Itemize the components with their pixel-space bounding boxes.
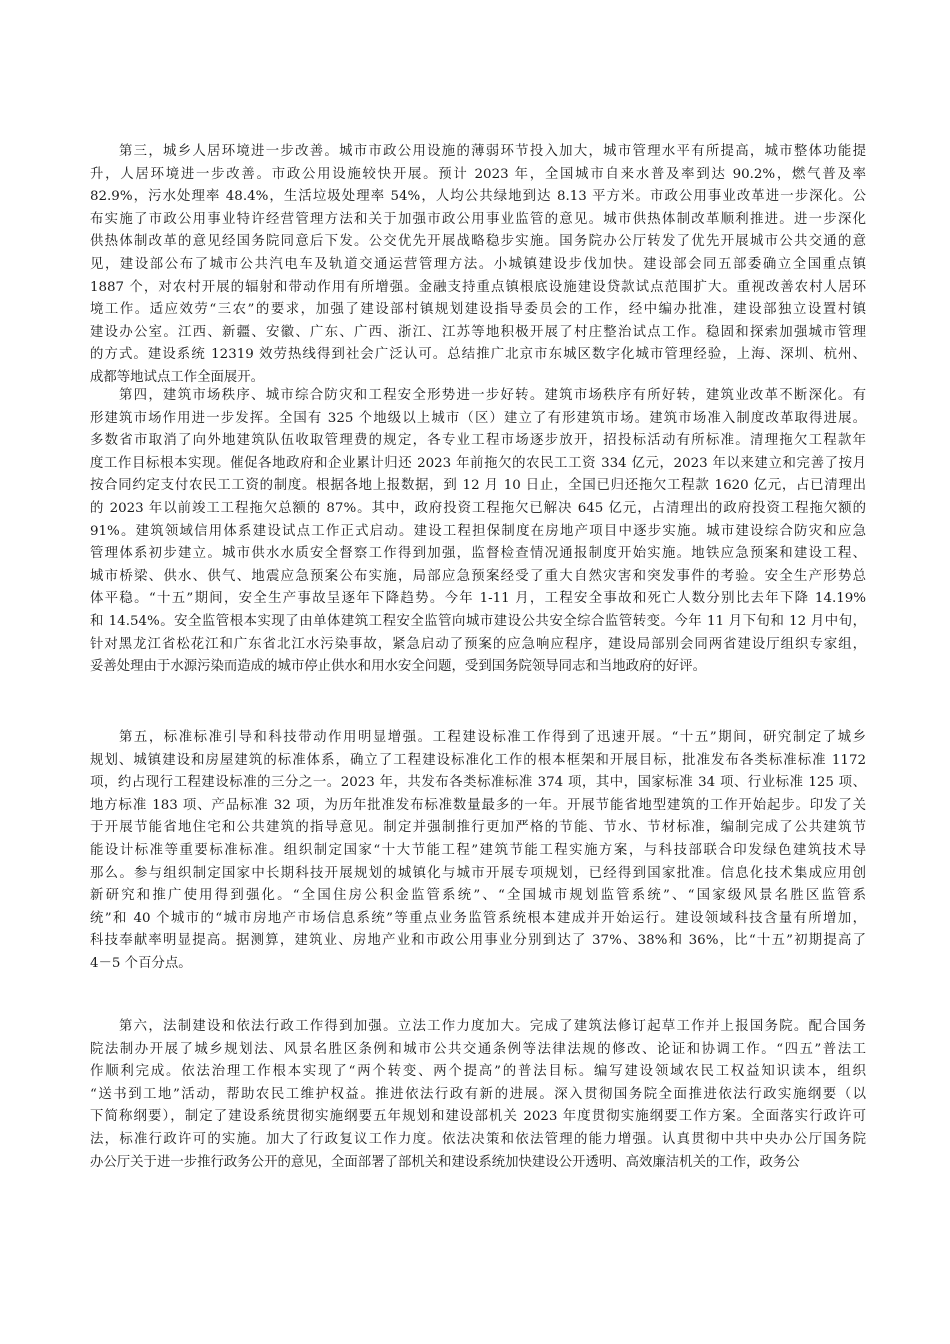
text-line: 能设计标准等重要标准标准。组织制定国家“十大节能工程”建筑节能工程实施方案，与科… [90, 840, 866, 863]
text-line: 体平稳。“十五”期间，安全生产事故呈逐年下降趋势。今年 1-11 月，工程安全事… [90, 588, 866, 611]
text-line: 项，约占现行工程建设标准的三分之一。2023 年，共发布各类标准标准 374 项… [90, 772, 866, 795]
text-line: 第四，建筑市场秩序、城市综合防灾和工程安全形势进一步好转。建筑市场秩序有所好转，… [90, 385, 866, 408]
text-line: 于开展节能省地住宅和公共建筑的指导意见。制定并强制推行更加严格的节能、节水、节材… [90, 817, 866, 840]
text-line: 建设办公室。江西、新疆、安徽、广东、广西、浙江、江苏等地积极开展了村庄整治试点工… [90, 322, 866, 345]
text-line: 新研究和推广使用得到强化。“全国住房公积金监管系统”、“全国城市规划监管系统”、… [90, 885, 866, 908]
text-line: 按合同约定支付农民工工资的制度。根据各地上报数据，到 12 月 10 日止，全国… [90, 475, 866, 498]
text-line: 那么。参与组织制定国家中长期科技开展规划的城镇化与城市开展专项规划，已经得到国家… [90, 863, 866, 886]
paragraph-third: 第三，城乡人居环境进一步改善。城市市政公用设施的薄弱环节投入加大，城市管理水平有… [90, 141, 866, 390]
text-line: 办公厅关于进一步推行政务公开的意见，全面部署了部机关和建设系统加快建设公开透明、… [90, 1152, 866, 1175]
text-line: 1887 个，对农村开展的辐射和带动作用有所增强。金融支持重点镇根底设施建设贷款… [90, 277, 866, 300]
paragraph-fifth: 第五，标准标准引导和科技带动作用明显增强。工程建设标准工作得到了迅速开展。“十五… [90, 727, 866, 976]
text-line: 管理体系初步建立。城市供水水质安全督察工作得到加强，监督检查情况通报制度开始实施… [90, 543, 866, 566]
text-line: 的 2023 年以前竣工工程拖欠总额的 87%。其中，政府投资工程拖欠已解决 6… [90, 498, 866, 521]
text-line: 法，标准行政许可的实施。加大了行政复议工作力度。依法决策和依法管理的能力增强。认… [90, 1129, 866, 1152]
text-line: 布实施了市政公用事业特许经营管理方法和关于加强市政公用事业监管的意见。城市供热体… [90, 209, 866, 232]
text-line: 度工作目标根本实现。催促各地政府和企业累计归还 2023 年前拖欠的农民工工资 … [90, 453, 866, 476]
text-line: 作顺利完成。依法治理工作根本实现了“两个转变、两个提高”的普法目标。编写建设领域… [90, 1061, 866, 1084]
text-line: 地方标准 183 项、产品标准 32 项，为历年批准发布标准数量最多的一年。开展… [90, 795, 866, 818]
text-line: 4－5 个百分点。 [90, 953, 866, 976]
text-line: 形建筑市场作用进一步发挥。全国有 325 个地级以上城市（区）建立了有形建筑市场… [90, 408, 866, 431]
text-line: “送书到工地”活动，帮助农民工维护权益。推进依法行政有新的进展。深入贯彻国务院全… [90, 1084, 866, 1107]
text-line: 见，建设部公布了城市公共汽电车及轨道交通运营管理方法。小城镇建设步伐加快。建设部… [90, 254, 866, 277]
text-line: 针对黑龙江省松花江和广东省北江水污染事故，紧急启动了预案的应急响应程序，建设局部… [90, 634, 866, 657]
text-line: 妥善处理由于水源污染而造成的城市停止供水和用水安全问题，受到国务院领导同志和当地… [90, 656, 866, 679]
text-line: 的方式。建设系统 12319 效劳热线得到社会广泛认可。总结推广北京市东城区数字… [90, 344, 866, 367]
text-line: 和 14.54%。安全监管根本实现了由单体建筑工程安全监管向城市建设公共安全综合… [90, 611, 866, 634]
text-line: 91%。建筑领域信用体系建设试点工作正式启动。建设工程担保制度在房地产项目中逐步… [90, 521, 866, 544]
paragraph-fourth: 第四，建筑市场秩序、城市综合防灾和工程安全形势进一步好转。建筑市场秩序有所好转，… [90, 385, 866, 679]
text-line: 第五，标准标准引导和科技带动作用明显增强。工程建设标准工作得到了迅速开展。“十五… [90, 727, 866, 750]
text-line: 院法制办开展了城乡规划法、风景名胜区条例和城市公共交通条例等法律法规的修改、论证… [90, 1039, 866, 1062]
text-line: 城市桥梁、供水、供气、地震应急预案公布实施，局部应急预案经受了重大自然灾害和突发… [90, 566, 866, 589]
text-line: 第三，城乡人居环境进一步改善。城市市政公用设施的薄弱环节投入加大，城市管理水平有… [90, 141, 866, 164]
text-line: 境工作。适应效劳“三农”的要求，加强了建设部村镇规划建设指导委员会的工作，经中编… [90, 299, 866, 322]
text-line: 多数省市取消了向外地建筑队伍收取管理费的规定，各专业工程市场逐步放开，招投标活动… [90, 430, 866, 453]
text-line: 82.9%，污水处理率 48.4%，生活垃圾处理率 54%，人均公共绿地到达 8… [90, 186, 866, 209]
text-line: 规划、城镇建设和房屋建筑的标准体系，确立了工程建设标准化工作的根本框架和开展目标… [90, 750, 866, 773]
text-line: 科技奉献率明显提高。据测算，建筑业、房地产业和市政公用事业分别到达了 37%、3… [90, 930, 866, 953]
paragraph-sixth: 第六，法制建设和依法行政工作得到加强。立法工作力度加大。完成了建筑法修订起草工作… [90, 1016, 866, 1174]
text-line: 统”和 40 个城市的“城市房地产市场信息系统”等重点业务监管系统根本建成并开始… [90, 908, 866, 931]
text-line: 第六，法制建设和依法行政工作得到加强。立法工作力度加大。完成了建筑法修订起草工作… [90, 1016, 866, 1039]
text-line: 供热体制改革的意见经国务院同意后下发。公交优先开展战略稳步实施。国务院办公厅转发… [90, 231, 866, 254]
text-line: 升，人居环境进一步改善。市政公用设施较快开展。预计 2023 年，全国城市自来水… [90, 164, 866, 187]
text-line: 下简称纲要），制定了建设系统贯彻实施纲要五年规划和建设部机关 2023 年度贯彻… [90, 1106, 866, 1129]
